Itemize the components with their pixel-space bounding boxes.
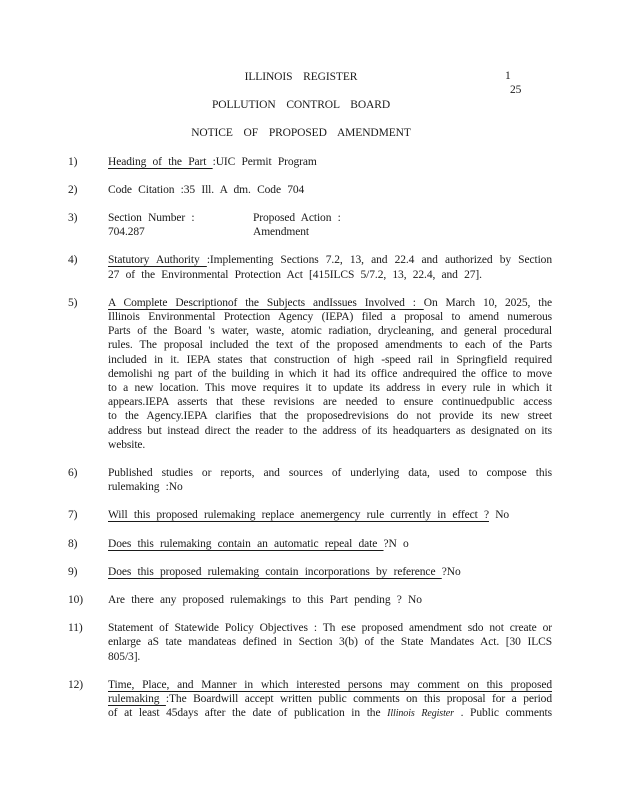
section-number-value: 704.287 <box>108 225 253 239</box>
text-line: Are there any proposed rulemakings to th… <box>108 593 552 607</box>
item-number: 9) <box>68 565 108 579</box>
underlined-heading: rulemaking <box>108 693 166 705</box>
text-line: Does this proposed rulemaking contain in… <box>108 565 552 579</box>
item-number: 10) <box>68 593 108 607</box>
proposed-action-value: Amendment <box>253 225 552 239</box>
underlined-heading: Time, Place, and Manner in which interes… <box>108 679 552 691</box>
board-name: POLLUTION CONTROL BOARD <box>68 98 534 112</box>
text-line: Published studies or reports, and source… <box>108 466 552 480</box>
text-line: Statement of Statewide Policy Objectives… <box>108 621 552 635</box>
underlined-heading: A Complete Descriptionof the Subjects an… <box>108 297 424 309</box>
item-number: 5) <box>68 296 108 452</box>
text-line: Will this proposed rulemaking replace an… <box>108 508 552 522</box>
text-segment: . Public comments <box>454 707 552 719</box>
text-line: of at least 45days after the date of pub… <box>108 706 552 721</box>
underlined-question: Does this proposed rulemaking contain in… <box>108 566 442 578</box>
item-number: 4) <box>68 253 108 281</box>
two-column-row: 704.287 Amendment <box>108 225 552 239</box>
item-number: 12) <box>68 678 108 722</box>
page-number: 1 <box>505 69 521 83</box>
item-pending-rulemakings: 10) Are there any proposed rulemakings t… <box>68 593 552 607</box>
text-line: Code Citation :35 Ill. A dm. Code 704 <box>108 183 552 197</box>
text-line: included in it. IEPA states that constru… <box>108 353 552 367</box>
document-page: 1 25 ILLINOIS REGISTER POLLUTION CONTROL… <box>0 0 618 800</box>
item-number: 2) <box>68 183 108 197</box>
item-heading-of-part: 1) Heading of the Part :UIC Permit Progr… <box>68 155 552 169</box>
item-number: 8) <box>68 537 108 551</box>
item-body: Will this proposed rulemaking replace an… <box>108 508 552 522</box>
item-body: A Complete Descriptionof the Subjects an… <box>108 296 552 452</box>
underlined-heading: Heading of the Part <box>108 156 213 168</box>
underlined-question: Will this proposed rulemaking replace an… <box>108 509 489 521</box>
text-line: rules. The proposal included the text of… <box>108 338 552 352</box>
item-body: Statement of Statewide Policy Objectives… <box>108 621 552 664</box>
proposed-action-header: Proposed Action : <box>253 211 552 225</box>
text-line: appears.IEPA asserts that these revision… <box>108 395 552 409</box>
text-segment: :The Boardwill accept written public com… <box>166 693 552 705</box>
text-line: 805/3]. <box>108 650 552 664</box>
register-title: ILLINOIS REGISTER <box>68 70 534 84</box>
italic-illinois: Illinois <box>387 708 415 719</box>
answer-text: No <box>489 509 509 521</box>
text-line: Statutory Authority :Implementing Sectio… <box>108 253 552 267</box>
underlined-question: Does this rulemaking contain an automati… <box>108 538 384 550</box>
text-line: Heading of the Part :UIC Permit Program <box>108 155 552 169</box>
item-number: 7) <box>68 508 108 522</box>
item-number: 1) <box>68 155 108 169</box>
two-column-row: Section Number : Proposed Action : <box>108 211 552 225</box>
text-line: Parts of the Board 's water, waste, atom… <box>108 324 552 338</box>
item-body: Code Citation :35 Ill. A dm. Code 704 <box>108 183 552 197</box>
section-number-header: Section Number : <box>108 211 253 225</box>
item-complete-description: 5) A Complete Descriptionof the Subjects… <box>68 296 552 452</box>
item-body: Does this proposed rulemaking contain in… <box>108 565 552 579</box>
text-line: to the Agency.IEPA clarifies that the pr… <box>108 409 552 423</box>
answer-text: ?No <box>442 566 461 578</box>
text-line: 27 of the Environmental Protection Act [… <box>108 268 552 282</box>
issue-number: 25 <box>505 83 521 97</box>
item-body: Does this rulemaking contain an automati… <box>108 537 552 551</box>
text-line: Does this rulemaking contain an automati… <box>108 537 552 551</box>
text-line: to a new location. This move requires it… <box>108 381 552 395</box>
item-automatic-repeal-date: 8) Does this rulemaking contain an autom… <box>68 537 552 551</box>
text-segment: On March 10, 2025, the <box>424 297 552 309</box>
item-body: Time, Place, and Manner in which interes… <box>108 678 552 722</box>
item-published-studies: 6) Published studies or reports, and sou… <box>68 466 552 494</box>
item-body: Heading of the Part :UIC Permit Program <box>108 155 552 169</box>
text-segment: :Implementing Sections 7.2, 13, and 22.4… <box>207 254 552 266</box>
notice-heading: NOTICE OF PROPOSED AMENDMENT <box>68 126 534 140</box>
document-header: ILLINOIS REGISTER POLLUTION CONTROL BOAR… <box>68 70 534 141</box>
item-number: 3) <box>68 211 108 239</box>
answer-text: ?N o <box>384 538 409 550</box>
item-statutory-authority: 4) Statutory Authority :Implementing Sec… <box>68 253 552 281</box>
item-body: Section Number : Proposed Action : 704.2… <box>108 211 552 239</box>
item-body: Published studies or reports, and source… <box>108 466 552 494</box>
item-body: Statutory Authority :Implementing Sectio… <box>108 253 552 281</box>
text-line: demolishi ng part of the building in whi… <box>108 367 552 381</box>
text-segment: :UIC Permit Program <box>213 156 317 168</box>
text-line: Illinois Environmental Protection Agency… <box>108 310 552 324</box>
text-line: website. <box>108 438 552 452</box>
underlined-heading: Statutory Authority <box>108 254 207 266</box>
item-statewide-policy-objectives: 11) Statement of Statewide Policy Object… <box>68 621 552 664</box>
text-line: enlarge aS tate mandateas defined in Sec… <box>108 635 552 649</box>
item-body: Are there any proposed rulemakings to th… <box>108 593 552 607</box>
item-number: 6) <box>68 466 108 494</box>
text-line: Time, Place, and Manner in which interes… <box>108 678 552 692</box>
item-number: 11) <box>68 621 108 664</box>
text-line: rulemaking :No <box>108 480 552 494</box>
italic-register: Register <box>421 708 454 719</box>
text-line: rulemaking :The Boardwill accept written… <box>108 692 552 706</box>
item-incorporations-by-reference: 9) Does this proposed rulemaking contain… <box>68 565 552 579</box>
item-section-number: 3) Section Number : Proposed Action : 70… <box>68 211 552 239</box>
text-line: address but instead direct the reader to… <box>108 424 552 438</box>
page-number-block: 1 25 <box>505 69 521 97</box>
item-code-citation: 2) Code Citation :35 Ill. A dm. Code 704 <box>68 183 552 197</box>
item-time-place-manner: 12) Time, Place, and Manner in which int… <box>68 678 552 722</box>
numbered-items: 1) Heading of the Part :UIC Permit Progr… <box>68 155 552 722</box>
text-segment: of at least 45days after the date of pub… <box>108 707 387 719</box>
item-replace-emergency-rule: 7) Will this proposed rulemaking replace… <box>68 508 552 522</box>
text-line: A Complete Descriptionof the Subjects an… <box>108 296 552 310</box>
